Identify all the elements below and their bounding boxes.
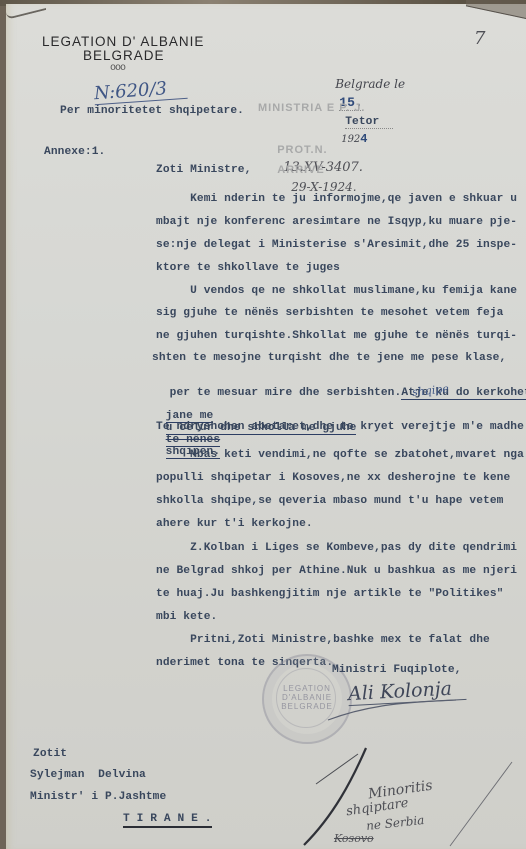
addressee-line1: Zotit bbox=[33, 748, 67, 760]
letterhead-line1: LEGATION D' ALBANIE bbox=[42, 34, 204, 49]
signature-title: Ministri Fuqiplote, bbox=[332, 664, 461, 676]
body-p4-line2: ne Belgrad shkoj per Athine.Nuk u bashku… bbox=[156, 565, 517, 577]
addressee-line3: Ministr' i P.Jashtme bbox=[30, 791, 166, 803]
margin-note-line4-struck: Kosovo bbox=[334, 832, 374, 845]
signature-flourish bbox=[320, 694, 460, 724]
body-p1-line1: Kemi nderin te ju informojme,qe javen e … bbox=[156, 193, 517, 205]
body-p2-line3: ne gjuhen turqishte.Shkollat me gjuhe te… bbox=[156, 330, 517, 342]
stamp-arrive-label: ARRIVE bbox=[277, 164, 325, 176]
salutation: Zoti Ministre, bbox=[156, 164, 251, 176]
body-p1-line2: mbajt nje konferenc aresimtare ne Isqyp,… bbox=[156, 216, 517, 228]
body-p3-line2: populli shqipetar i Kosoves,ne xx desher… bbox=[156, 472, 510, 484]
body-p2-line2: sig gjuhe te nënës serbishten te mesohet… bbox=[156, 307, 504, 319]
body-p5-line1: Pritni,Zoti Ministre,bashke mex te falat… bbox=[156, 634, 490, 646]
stamp-arrive-value: 29-X-1924. bbox=[291, 180, 356, 194]
body-p3-line4: ahere kur t'i kerkojne. bbox=[156, 518, 313, 530]
dateline-prefix: Belgrade le bbox=[335, 77, 405, 91]
body-p4-line1: Z.Kolban i Liges se Kombeve,pas dy dite … bbox=[156, 542, 517, 554]
letterhead-line2: BELGRADE bbox=[83, 48, 165, 63]
body-p2-line4: shten te mesojne turqisht dhe te jene me… bbox=[152, 352, 506, 364]
addressee-line2: Sylejman Delvina bbox=[30, 769, 146, 781]
body-p3-line3: shkolla shqipe,se qeveria mbaso mund t'u… bbox=[156, 495, 504, 507]
body-p3-line1: Mbas keti vendimi,ne qofte se zbatohet,m… bbox=[156, 449, 524, 461]
body-p4-line3: te huaj.Ju bashkengjitim nje artikle te … bbox=[156, 588, 504, 600]
received-stamp-line1: MINISTRIA E P. J. bbox=[258, 102, 365, 114]
letterhead-ornament: ooo bbox=[110, 63, 125, 74]
received-stamp-line3: ARRIVE 29-X-1924. bbox=[258, 142, 357, 196]
subject-line: Per minoritetet shqipetare. bbox=[60, 105, 244, 117]
annex-label: Annexe:1. bbox=[44, 146, 105, 158]
page-number: 7 bbox=[474, 28, 485, 49]
body-p2-line5: per te mesuar mire dhe serbishten.Atje k… bbox=[156, 375, 526, 399]
body-p4-line4: mbi kete. bbox=[156, 611, 217, 623]
body-p2-line1: U vendos qe ne shkollat muslimane,ku fem… bbox=[156, 285, 517, 297]
addressee-city: T I R A N E . bbox=[123, 813, 212, 828]
body-p2-line7: Te ndryshohen abetaret,dhe te kryet vere… bbox=[156, 421, 526, 433]
body-p1-line3: se:nje delegat i Ministerise s'Aresimit,… bbox=[156, 239, 517, 251]
body-p1-line4: ktore te shkollave te juges bbox=[156, 262, 340, 274]
